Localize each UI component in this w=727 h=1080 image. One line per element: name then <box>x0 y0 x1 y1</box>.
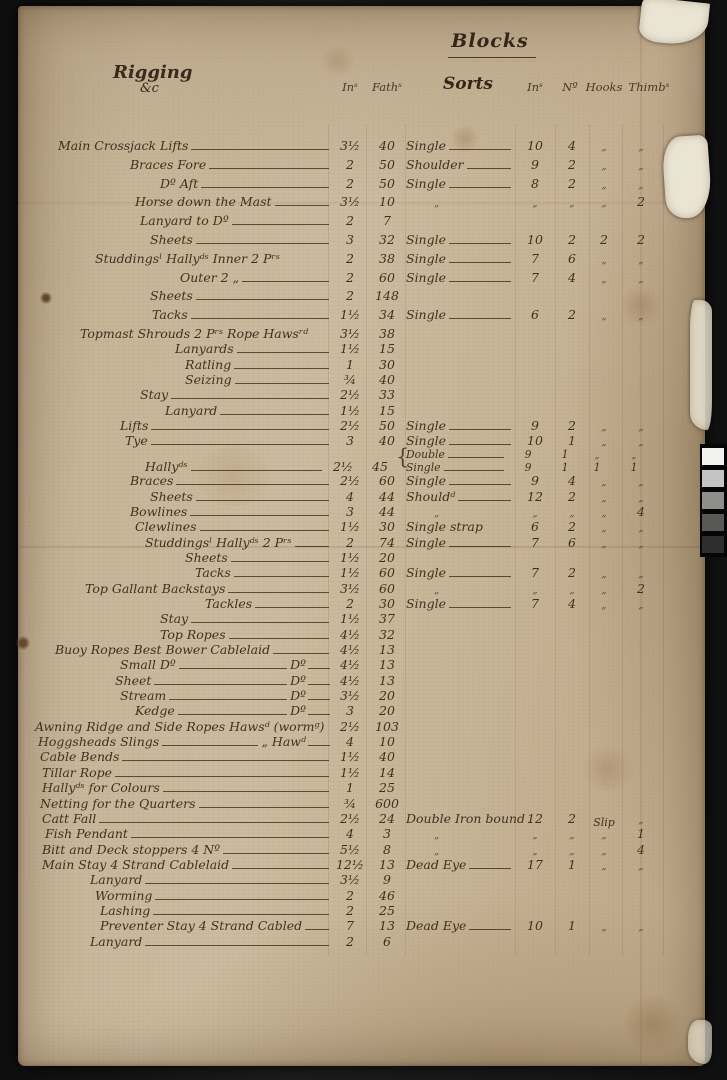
leader-line <box>154 684 287 685</box>
sort-cell: „ <box>406 198 514 209</box>
sort-cell: Single <box>406 251 514 266</box>
leader-line <box>449 262 511 263</box>
sort-label: Single <box>406 138 446 153</box>
rigging-label: Tacks <box>152 307 188 322</box>
leader-line <box>199 807 330 808</box>
rigging-heading: Rigging <box>113 62 192 83</box>
manuscript-page: Blocks Rigging &c Inˢ Fathˢ Sorts Inˢ Nº… <box>18 6 705 1066</box>
leader-line <box>176 484 329 485</box>
rigging-label: Studdingsˡ Hallyᵈˢ Inner 2 Pʳˢ <box>95 251 280 266</box>
leader-line <box>231 561 329 562</box>
leader-line <box>273 653 329 654</box>
rope-fathoms-value: 38 <box>368 251 406 266</box>
rigging-label: Lanyard to Dº <box>140 213 229 228</box>
column-header-sorts: Sorts <box>428 74 508 94</box>
sort-cell: Single <box>406 138 514 153</box>
leader-line <box>235 383 329 384</box>
rigging-label: Sheets <box>150 288 193 303</box>
leader-line <box>178 714 287 715</box>
leader-line <box>196 243 329 244</box>
sort-cell: Single <box>406 270 514 285</box>
block-inches-value: 9 <box>514 157 556 172</box>
rope-fathoms-value: 6 <box>368 934 406 949</box>
table-row: Hallyᵈˢ2½45{Double91„„Single9111 <box>18 447 705 474</box>
sort-label: Single <box>406 251 446 266</box>
leader-line <box>209 168 329 169</box>
leader-line <box>469 929 511 930</box>
column-header-rope-inches: Inˢ <box>330 80 370 94</box>
rope-inches-value: 2 <box>332 176 368 191</box>
leader-line <box>191 318 329 319</box>
rope-inches-value: 1½ <box>332 307 368 322</box>
block-number-value: 2 <box>556 232 588 247</box>
leader-line <box>153 914 329 915</box>
leader-line <box>145 945 329 946</box>
block-inches-value: 8 <box>514 176 556 191</box>
sort-label: Single <box>406 270 446 285</box>
leader-line <box>449 318 511 319</box>
hooks-value: „ <box>588 311 620 322</box>
leader-line <box>449 149 511 150</box>
calibration-patch <box>702 470 724 487</box>
rope-inches-value: 2 <box>332 157 368 172</box>
sort-cell: Shoulder <box>406 157 514 172</box>
table-row: Lanyard26 <box>18 932 705 949</box>
leader-line <box>305 929 329 930</box>
sort-label: Single <box>406 307 446 322</box>
hooks-value: „ <box>588 255 620 266</box>
table-row: Horse down the Mast3½10„„„„2 <box>18 192 705 209</box>
paper-stain <box>618 996 688 1052</box>
block-inches-value: 6 <box>514 307 556 322</box>
rope-inches-value: 2 <box>332 288 368 303</box>
leader-line <box>275 205 329 206</box>
block-inches-value: „ <box>514 198 556 209</box>
page-title: Blocks <box>410 30 570 52</box>
sort-label: „ <box>406 198 439 209</box>
hooks-value: „ <box>588 198 620 209</box>
leader-line <box>122 760 329 761</box>
block-number-value: 6 <box>556 251 588 266</box>
hooks-value: „ <box>588 161 620 172</box>
thimbles-value: 2 <box>620 194 662 209</box>
thimbles-value: „ <box>620 161 662 172</box>
block-sort-line: Double91„„ <box>406 448 662 461</box>
paper-stain <box>318 46 358 76</box>
sort-label: Single <box>406 232 446 247</box>
hooks-value: „ <box>588 180 620 191</box>
leader-line <box>449 546 511 547</box>
leader-line <box>232 868 329 869</box>
column-header-hooks: Hooks <box>582 80 626 94</box>
calibration-strip <box>700 444 727 557</box>
hooks-value: „ <box>588 274 620 285</box>
block-number-value: 2 <box>556 176 588 191</box>
leader-line <box>449 243 511 244</box>
sort-cell: Double <box>406 448 507 461</box>
leader-line <box>229 638 329 639</box>
rigging-label: Dº Aft <box>160 176 198 191</box>
sort-label: Shoulder <box>406 157 464 172</box>
leader-line <box>449 607 511 608</box>
leader-line <box>169 699 287 700</box>
column-header-thimbles: Thimbˢ <box>624 80 674 94</box>
leader-line <box>449 187 511 188</box>
leader-line <box>190 515 329 516</box>
leader-line <box>295 546 329 547</box>
block-number-value: 2 <box>556 307 588 322</box>
leader-line <box>179 668 287 669</box>
hooks-value: 2 <box>588 232 620 247</box>
rope-fathoms-value: 7 <box>368 213 406 228</box>
title-underline <box>448 57 536 58</box>
leader-line <box>228 592 329 593</box>
leader-line <box>115 776 329 777</box>
leader-line <box>449 281 511 282</box>
thimbles-value: „ <box>620 180 662 191</box>
leader-line <box>162 745 258 746</box>
rope-inches-value: 2 <box>332 270 368 285</box>
leader-line <box>171 398 329 399</box>
table-row: Braces Fore250Shoulder92„„ <box>18 155 705 172</box>
rope-fathoms-value: 50 <box>368 176 406 191</box>
leader-line <box>220 414 329 415</box>
leader-line <box>131 837 329 838</box>
thimbles-value: „ <box>620 255 662 266</box>
table-row: Main Crossjack Lifts3½40Single104„„ <box>18 136 705 153</box>
block-number-value: „ <box>556 198 588 209</box>
leader-line <box>196 299 329 300</box>
sort-label: Double <box>406 448 445 461</box>
thimbles-value: „ <box>620 311 662 322</box>
thimbles-value: „ <box>620 274 662 285</box>
leader-line <box>201 187 329 188</box>
leader-line <box>469 868 511 869</box>
rope-inches-value: 3 <box>332 232 368 247</box>
block-number-value: 4 <box>556 138 588 153</box>
table-row: Tacks1½34Single62„„ <box>18 305 705 322</box>
rigging-label: Braces Fore <box>130 157 206 172</box>
leader-line <box>449 429 511 430</box>
thimbles-value: „ <box>620 142 662 153</box>
rope-fathoms-value: 32 <box>368 232 406 247</box>
hooks-value: „ <box>581 450 613 461</box>
leader-line <box>223 853 329 854</box>
rope-fathoms-value: 50 <box>368 157 406 172</box>
block-inches-value: 10 <box>514 232 556 247</box>
leader-line <box>99 822 329 823</box>
block-inches-value: 7 <box>514 251 556 266</box>
column-header-block-inches: Inˢ <box>515 80 555 94</box>
rope-inches-value: 3½ <box>332 138 368 153</box>
rigging-label: Main Crossjack Lifts <box>58 138 188 153</box>
brace-mark: { <box>396 445 409 469</box>
column-header-rope-fathoms: Fathˢ <box>367 80 407 94</box>
calibration-patch <box>702 536 724 553</box>
block-number-value: 2 <box>556 157 588 172</box>
leader-line <box>151 429 329 430</box>
block-number-value: 1 <box>549 448 581 461</box>
leader-line <box>255 607 329 608</box>
rigging-label: Horse down the Mast <box>135 194 272 209</box>
block-sorts-stack: {Double91„„Single9111 <box>399 448 662 474</box>
leader-line <box>467 168 511 169</box>
rope-inches-value: 2 <box>332 934 368 949</box>
torn-paper-fragment <box>661 134 713 219</box>
leader-line <box>200 530 329 531</box>
thimbles-value: 2 <box>620 232 662 247</box>
block-inches-value: 9 <box>507 448 549 461</box>
leader-line <box>308 668 330 669</box>
leader-line <box>237 352 329 353</box>
rope-inches-value: 3½ <box>332 194 368 209</box>
leader-line <box>242 281 329 282</box>
rope-fathoms-value: 34 <box>368 307 406 322</box>
rigging-label: Lanyard <box>90 934 142 949</box>
leader-line <box>449 576 511 577</box>
rigging-label: Sheets <box>150 232 193 247</box>
hooks-value: „ <box>588 142 620 153</box>
leader-line <box>448 457 504 458</box>
leader-line <box>308 684 330 685</box>
rope-inches-value: 2 <box>332 251 368 266</box>
leader-line <box>458 500 511 501</box>
table-row: Outer 2 „260Single74„„ <box>18 268 705 285</box>
sort-cell: Single <box>406 232 514 247</box>
thimbles-value: „ <box>613 450 655 461</box>
leader-line <box>449 484 511 485</box>
scan-background: Blocks Rigging &c Inˢ Fathˢ Sorts Inˢ Nº… <box>0 0 727 1080</box>
leader-line <box>234 368 329 369</box>
leader-line <box>234 576 329 577</box>
rope-fathoms-value: 148 <box>368 288 406 303</box>
sort-cell: Single <box>406 307 514 322</box>
leader-line <box>145 883 329 884</box>
sort-label: Single <box>406 176 446 191</box>
leader-line <box>232 224 329 225</box>
leader-line <box>163 791 329 792</box>
rigging-heading-suffix: &c <box>140 81 159 96</box>
calibration-patch <box>702 448 724 465</box>
leader-line <box>308 699 330 700</box>
torn-paper-fragment <box>690 300 712 430</box>
leader-line <box>191 149 329 150</box>
rope-inches-value: 2 <box>332 213 368 228</box>
sort-cell: Single <box>406 176 514 191</box>
calibration-patch <box>702 514 724 531</box>
leader-line <box>308 745 330 746</box>
leader-line <box>191 622 329 623</box>
table-row: Studdingsˡ Hallyᵈˢ Inner 2 Pʳˢ238Single7… <box>18 249 705 266</box>
torn-paper-fragment <box>688 1020 712 1064</box>
block-inches-value: 7 <box>514 270 556 285</box>
table-row: Sheets2148 <box>18 286 705 303</box>
rigging-label: Outer 2 „ <box>180 270 239 285</box>
block-number-value: 4 <box>556 270 588 285</box>
leader-line <box>449 444 511 445</box>
leader-line <box>155 899 329 900</box>
calibration-patch <box>702 492 724 509</box>
block-inches-value: 10 <box>514 138 556 153</box>
rope-fathoms-value: 60 <box>368 270 406 285</box>
table-row: Sheets332Single10222 <box>18 230 705 247</box>
rope-fathoms-value: 10 <box>368 194 406 209</box>
leader-line <box>151 444 329 445</box>
rope-fathoms-value: 40 <box>368 138 406 153</box>
leader-line <box>308 714 330 715</box>
table-row: Lanyard to Dº27 <box>18 211 705 228</box>
leader-line <box>196 500 329 501</box>
table-row: Dº Aft250Single82„„ <box>18 174 705 191</box>
